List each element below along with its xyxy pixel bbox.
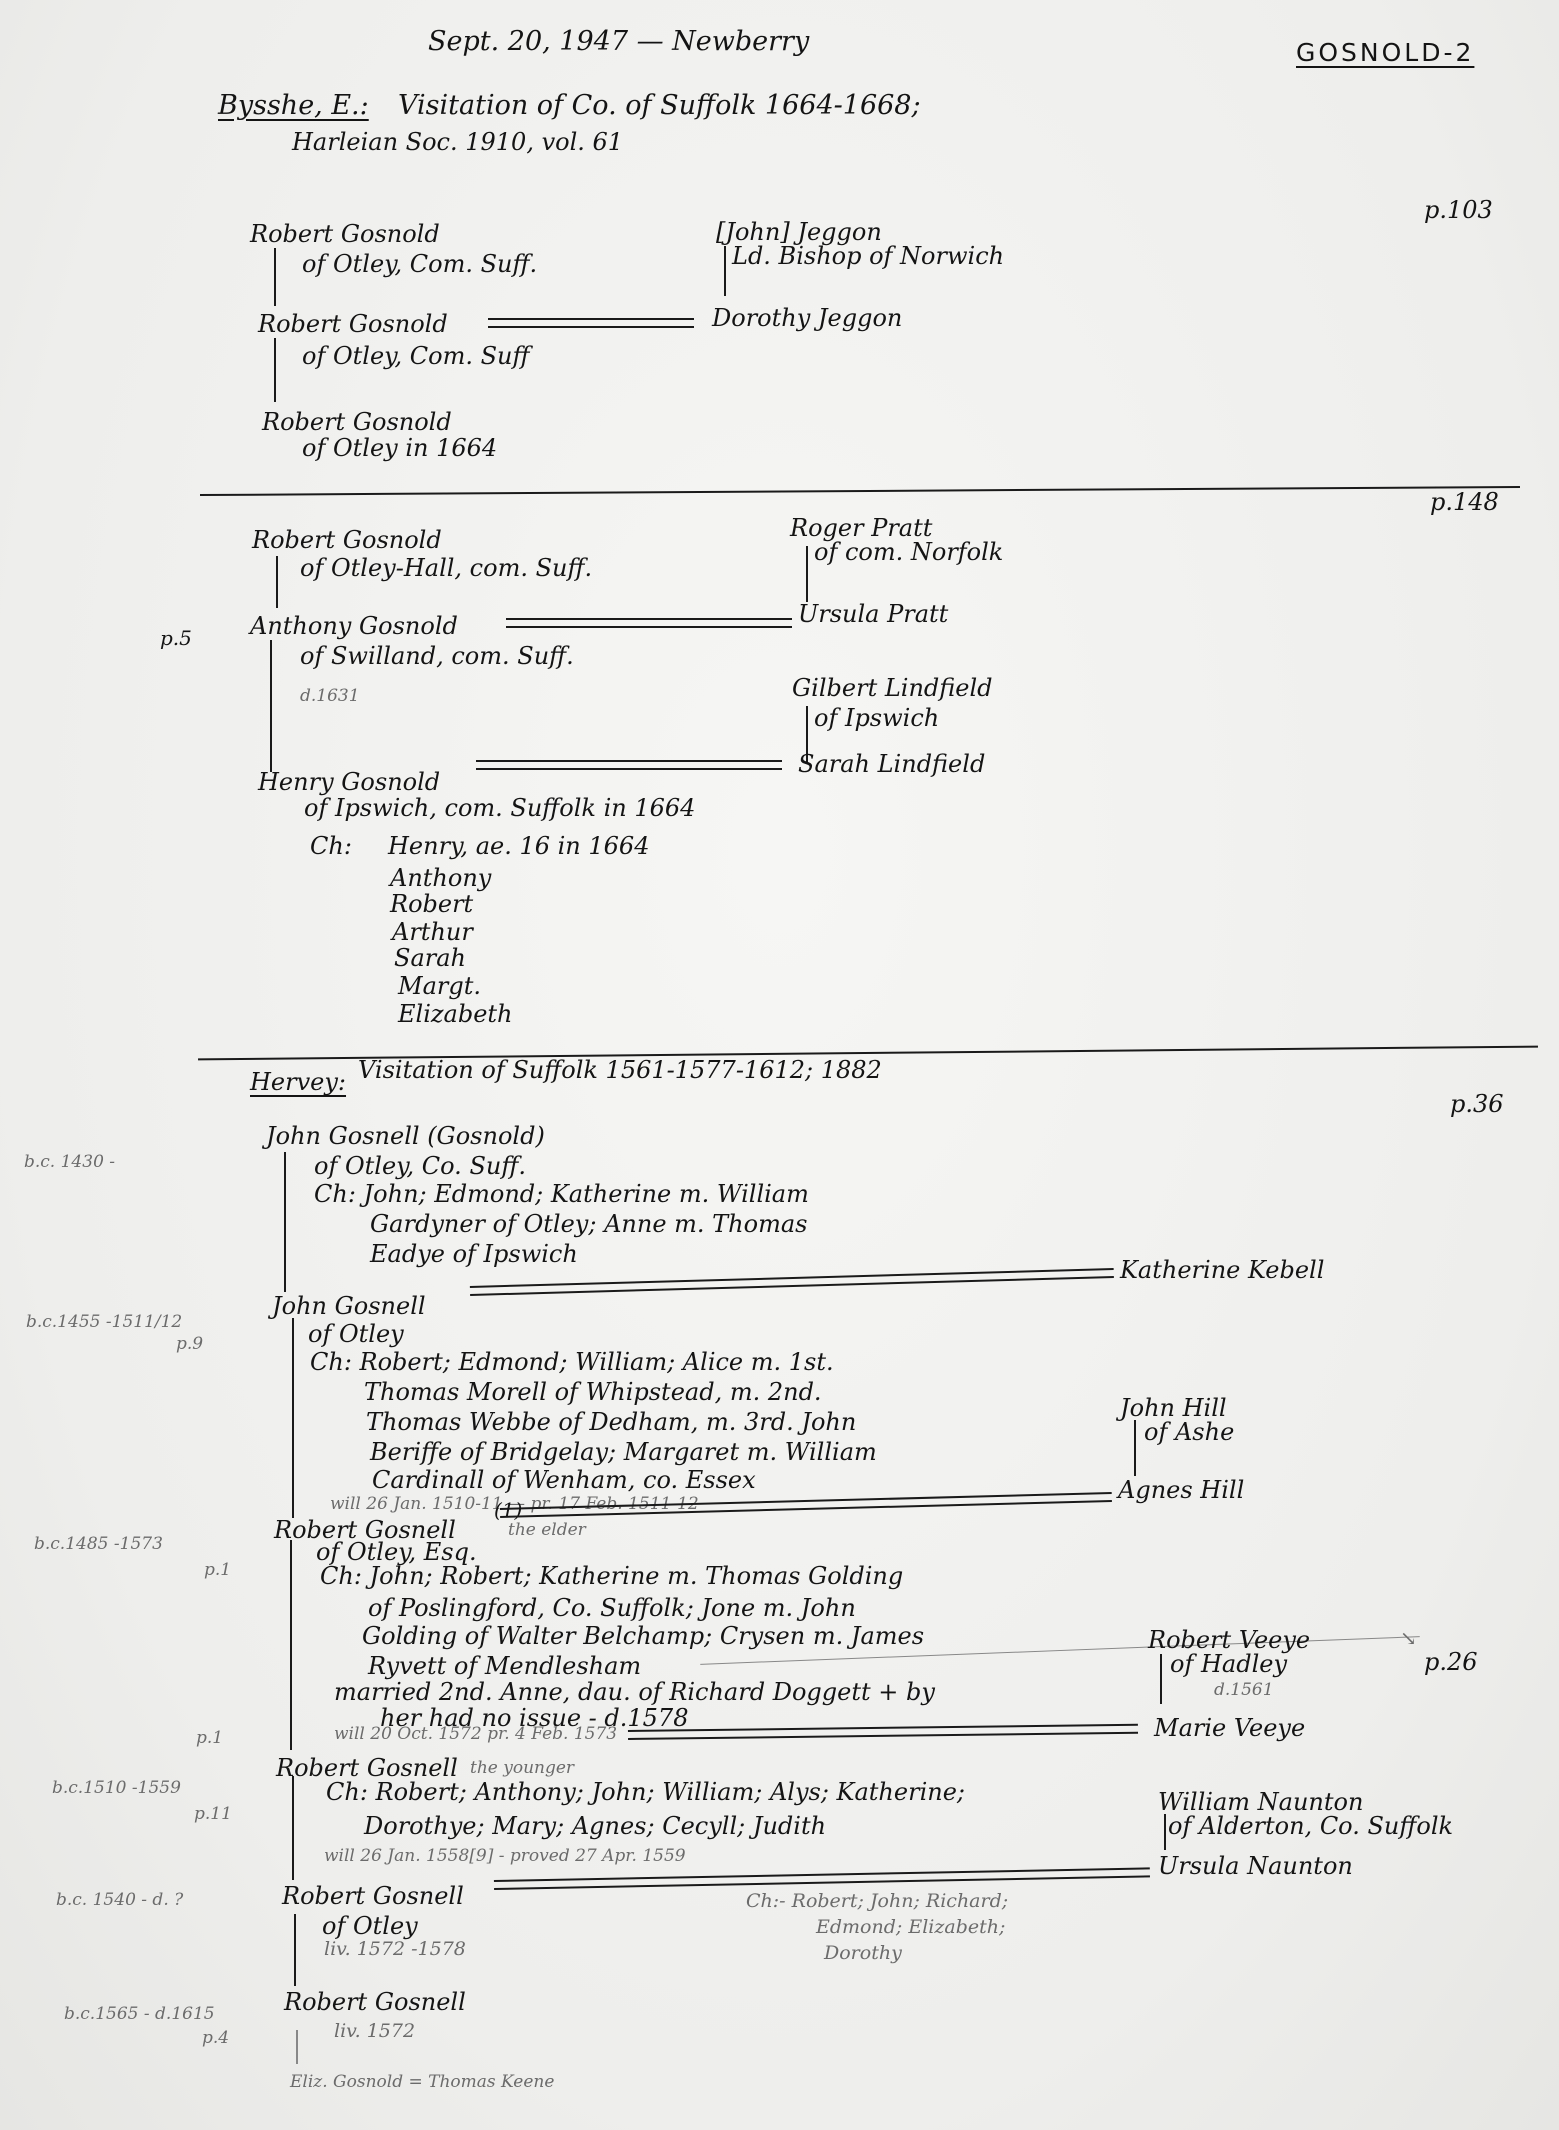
person-detail: Thomas Morell of Whipstead, m. 2nd. (364, 1380, 822, 1404)
person-detail: of Poslingford, Co. Suffolk; Jone m. Joh… (368, 1596, 856, 1620)
child: Sarah (394, 946, 466, 970)
child: Anthony (390, 866, 491, 890)
person-detail: Thomas Webbe of Dedham, m. 3rd. John (366, 1410, 856, 1434)
spouse-name: Ursula Naunton (1158, 1854, 1353, 1878)
will-note: will 20 Oct. 1572 pr. 4 Feb. 1573 (334, 1726, 617, 1743)
person-detail: Gardyner of Otley; Anne m. Thomas (370, 1212, 807, 1236)
spouse-parent-name: Robert Veeye (1148, 1628, 1310, 1652)
margin-dates: b.c. 1540 - d. ? (56, 1892, 183, 1909)
person-detail: Beriffe of Bridgelay; Margaret m. Willia… (370, 1440, 877, 1464)
person-name: Robert Gosnold (258, 312, 448, 336)
document-page: Sept. 20, 1947 — Newberry GOSNOLD-2 Byss… (0, 0, 1559, 2130)
children-note: Edmond; Elizabeth; (816, 1918, 1005, 1937)
spouse-name: Agnes Hill (1118, 1478, 1244, 1502)
page-ref: p.148 (1430, 490, 1499, 514)
person-detail: of Swilland, com. Suff. (300, 644, 574, 668)
person-detail: of Otley (308, 1322, 404, 1346)
person-detail: of Otley, Com. Suff (302, 344, 530, 368)
spouse-parent-detail: Ld. Bishop of Norwich (732, 244, 1004, 268)
person-name: John Gosnell (Gosnold) (266, 1124, 545, 1148)
person-detail: Eadye of Ipswich (370, 1242, 578, 1266)
person-detail: liv. 1572 -1578 (324, 1940, 466, 1959)
person-detail: of Otley (322, 1914, 418, 1938)
person-name: Robert Gosnold (262, 410, 452, 434)
person-detail: of Otley in 1664 (302, 436, 497, 460)
arrow-icon: ↘ (1400, 1628, 1417, 1648)
margin-dates: b.c.1565 - d.1615 (64, 2006, 215, 2023)
page-ref: p.36 (1450, 1092, 1504, 1116)
spouse-parent-detail: of com. Norfolk (814, 540, 1003, 564)
person-name: Robert Gosnell (282, 1884, 464, 1908)
annotation: the younger (470, 1760, 574, 1777)
children-label: Ch: (310, 834, 352, 858)
person-detail: Ch: John; Edmond; Katherine m. William (314, 1182, 809, 1206)
person-name: John Gosnell (272, 1294, 426, 1318)
spouse-parent-name: John Hill (1120, 1396, 1227, 1420)
margin-page-ref: p.11 (194, 1806, 232, 1823)
margin-page-ref: p.1 (204, 1562, 231, 1579)
person-detail: married 2nd. Anne, dau. of Richard Dogge… (334, 1680, 935, 1704)
spouse-parent-name: [John] Jeggon (716, 220, 882, 244)
person-detail: of Otley, Co. Suff. (314, 1154, 526, 1178)
person-detail: of Otley, Esq. (316, 1540, 477, 1564)
source1-publisher: Harleian Soc. 1910, vol. 61 (292, 130, 623, 154)
page-ref: p.103 (1424, 198, 1493, 222)
person-name: Anthony Gosnold (250, 614, 458, 638)
person-detail: Ch: Robert; Edmond; William; Alice m. 1s… (310, 1350, 834, 1374)
spouse-parent-detail: of Alderton, Co. Suffolk (1168, 1814, 1453, 1838)
spouse-name: Ursula Pratt (798, 602, 948, 626)
file-label: GOSNOLD-2 (1296, 40, 1474, 65)
person-detail: Ch: Robert; Anthony; John; William; Alys… (326, 1780, 965, 1804)
margin-dates: b.c. 1430 - (24, 1154, 115, 1171)
person-detail: liv. 1572 (334, 2022, 415, 2041)
annotation: the elder (508, 1522, 586, 1539)
spouse-parent-detail: of Ipswich (814, 706, 939, 730)
death-note: d.1561 (1214, 1682, 1274, 1699)
marriage-line (488, 318, 694, 328)
person-detail: Ch: John; Robert; Katherine m. Thomas Go… (320, 1564, 903, 1588)
source1-title: Visitation of Co. of Suffolk 1664-1668; (398, 92, 921, 119)
person-name: Robert Gosnold (250, 222, 440, 246)
margin-dates: b.c.1510 -1559 (52, 1780, 181, 1797)
superscript-note: (1) (494, 1500, 522, 1520)
marriage-line (470, 1268, 1114, 1296)
margin-page-ref: p.5 (160, 628, 192, 648)
marriage-line (628, 1724, 1138, 1740)
spouse-name: Marie Veeye (1154, 1716, 1305, 1740)
spouse-name: Sarah Lindfield (798, 752, 985, 776)
person-detail: of Otley-Hall, com. Suff. (300, 556, 592, 580)
person-detail: Golding of Walter Belchamp; Crysen m. Ja… (362, 1624, 924, 1648)
section-divider (200, 486, 1520, 496)
person-name: Henry Gosnold (258, 770, 440, 794)
person-name: Robert Gosnold (252, 528, 442, 552)
source2-author: Hervey: (250, 1070, 346, 1094)
date-place-heading: Sept. 20, 1947 — Newberry (428, 28, 809, 55)
child: Margt. (398, 974, 481, 998)
children-note: Ch:- Robert; John; Richard; (746, 1892, 1008, 1911)
marriage-line (506, 618, 792, 628)
person-name: Robert Gosnell (276, 1756, 458, 1780)
margin-dates: b.c.1455 -1511/12 (26, 1314, 182, 1331)
margin-page-ref: p.9 (176, 1336, 203, 1353)
child: Elizabeth (398, 1002, 513, 1026)
person-detail: of Ipswich, com. Suffolk in 1664 (304, 796, 695, 820)
spouse-parent-name: Roger Pratt (790, 516, 932, 540)
will-note: will 26 Jan. 1558[9] - proved 27 Apr. 15… (324, 1848, 686, 1865)
cross-page-ref: p.26 (1424, 1650, 1478, 1674)
marriage-line (476, 760, 782, 770)
person-name: Robert Gosnell (284, 1990, 466, 2014)
source1-author: Bysshe, E.: (218, 92, 369, 119)
person-detail: of Otley, Com. Suff. (302, 252, 537, 276)
spouse-parent-name: William Naunton (1158, 1790, 1363, 1814)
footnote: Eliz. Gosnold = Thomas Keene (290, 2074, 554, 2091)
children-note: Dorothy (824, 1944, 902, 1963)
child: Robert (390, 892, 473, 916)
person-detail: Cardinall of Wenham, co. Essex (372, 1468, 756, 1492)
margin-page-ref: p.1 (196, 1730, 223, 1747)
child: Arthur (392, 920, 473, 944)
person-detail: Ryvett of Mendlesham (368, 1654, 641, 1678)
margin-page-ref: p.4 (202, 2030, 229, 2047)
margin-dates: b.c.1485 -1573 (34, 1536, 163, 1553)
marriage-line (494, 1867, 1150, 1890)
spouse-parent-name: Gilbert Lindfield (792, 676, 993, 700)
child: Henry, ae. 16 in 1664 (388, 834, 649, 858)
spouse-parent-detail: of Ashe (1144, 1420, 1234, 1444)
person-detail: Dorothye; Mary; Agnes; Cecyll; Judith (364, 1814, 826, 1838)
source2-title: Visitation of Suffolk 1561-1577-1612; 18… (358, 1058, 882, 1082)
spouse-name: Dorothy Jeggon (712, 306, 902, 330)
spouse-parent-detail: of Hadley (1170, 1652, 1287, 1676)
death-note: d.1631 (300, 688, 360, 705)
spouse-name: Katherine Kebell (1120, 1258, 1324, 1282)
